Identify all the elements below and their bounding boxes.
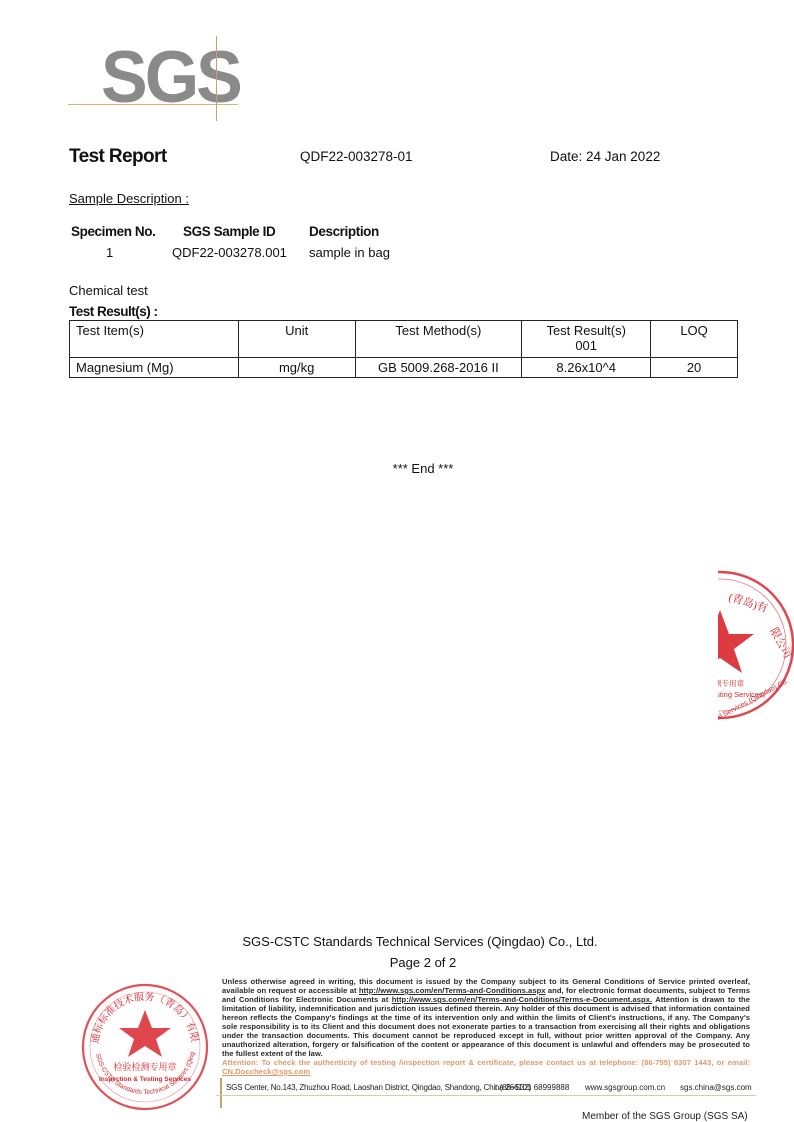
sgs-logo-text: SGS [101,40,240,114]
authenticity-text: Attention: To check the authenticity of … [222,1058,750,1067]
sample-description-label: Sample Description : [69,191,189,206]
footer-vertical-rule [220,1078,222,1108]
end-marker: *** End *** [0,461,794,476]
logo-horizontal-rule [68,104,238,105]
header-loq: LOQ [651,321,738,358]
header-result-sample-no: 001 [528,338,644,353]
footer-company-name: SGS-CSTC Standards Technical Services (Q… [0,934,794,949]
footer-email[interactable]: sgs.china@sgs.com [680,1083,752,1092]
company-seal-left: 检验检测专用章 Inspection & Testing Services 通标… [80,982,210,1112]
page-number: Page 2 of 2 [0,955,794,970]
svg-text:测专用章: 测专用章 [718,678,744,688]
report-number: QDF22-003278-01 [300,149,413,164]
company-seal-right: 测专用章 esting Services (青岛)有 限公司 al Servic… [718,560,794,730]
footer-address: SGS Center, No.143, Zhuzhou Road, Laosha… [226,1083,531,1092]
description-value: sample in bag [309,245,390,260]
footer-website[interactable]: www.sgsgroup.com.cn [585,1083,665,1092]
terms-link[interactable]: http://www.sgs.com/en/Terms-and-Conditio… [359,986,546,995]
cell-item: Magnesium (Mg) [70,358,239,378]
sample-id-value: QDF22-003278.001 [172,245,287,260]
authenticity-notice: Attention: To check the authenticity of … [222,1058,750,1076]
stamp-cn-subtitle: 检验检测专用章 [113,1061,176,1072]
sgs-group-membership: Member of the SGS Group (SGS SA) [582,1111,748,1122]
col-sgs-sample-id: SGS Sample ID [183,224,275,239]
e-document-terms-link[interactable]: http://www.sgs.com/en/Terms-and-Conditio… [392,995,652,1004]
header-test-result-label: Test Result(s) [528,323,644,338]
report-date: Date: 24 Jan 2022 [550,149,660,164]
header-test-result: Test Result(s) 001 [522,321,651,358]
test-results-label: Test Result(s) : [69,304,158,319]
chemical-test-label: Chemical test [69,283,148,298]
header-unit: Unit [238,321,355,358]
test-results-table: Test Item(s) Unit Test Method(s) Test Re… [69,320,738,378]
cell-method: GB 5009.268-2016 II [355,358,522,378]
specimen-no-value: 1 [106,245,113,260]
table-row: Magnesium (Mg) mg/kg GB 5009.268-2016 II… [70,358,738,378]
svg-text:(青岛)有: (青岛)有 [727,590,770,616]
svg-text:限公司: 限公司 [767,625,794,660]
cell-unit: mg/kg [238,358,355,378]
col-specimen-no: Specimen No. [71,224,155,239]
footer-horizontal-rule [216,1095,756,1096]
legal-text-3: Attention is drawn to the limitation of … [222,995,750,1058]
legal-disclaimer: Unless otherwise agreed in writing, this… [222,977,750,1076]
doccheck-email-link[interactable]: CN.Doccheck@sgs.com [222,1067,310,1076]
sgs-logo: SGS [68,36,243,121]
header-test-method: Test Method(s) [355,321,522,358]
header-test-item: Test Item(s) [70,321,239,358]
report-title: Test Report [69,146,167,168]
cell-loq: 20 [651,358,738,378]
logo-vertical-rule [216,36,217,121]
footer-telephone: t (86–532) 68999888 [495,1083,569,1092]
col-description: Description [309,224,379,239]
table-header-row: Test Item(s) Unit Test Method(s) Test Re… [70,321,738,358]
cell-result: 8.26x10^4 [522,358,651,378]
